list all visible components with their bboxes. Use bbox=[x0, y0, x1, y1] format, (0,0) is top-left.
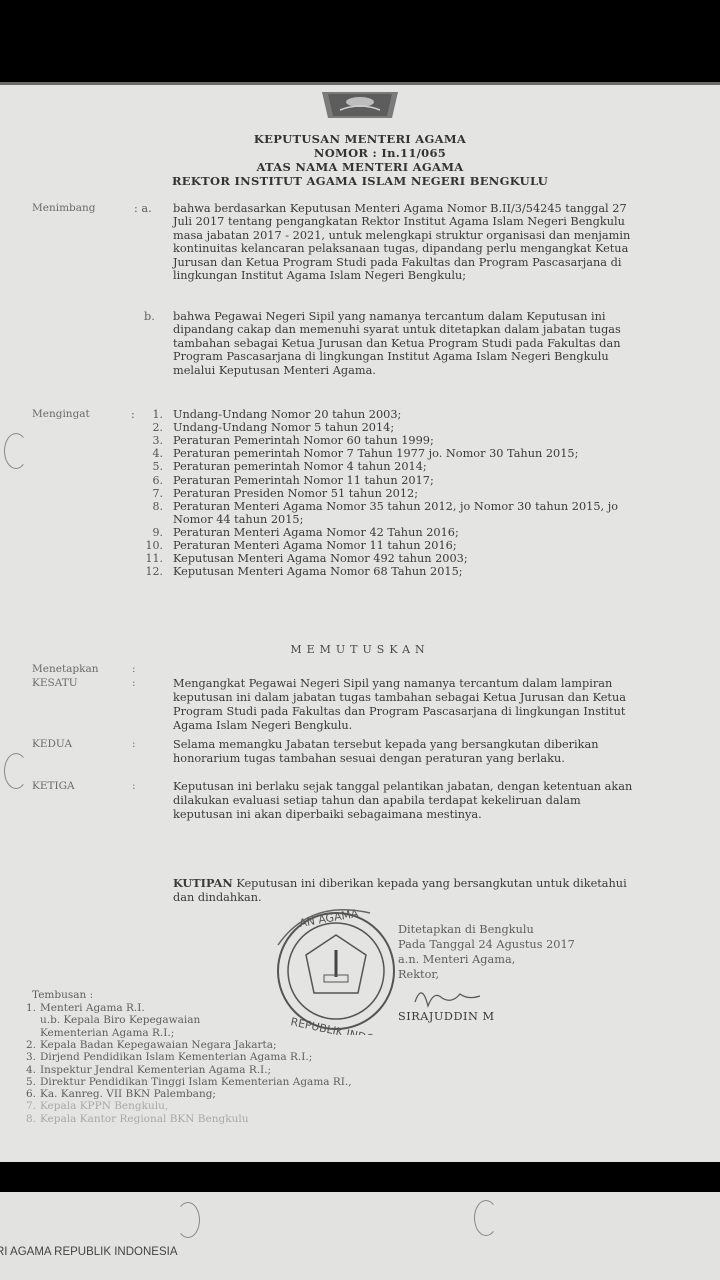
menimbang-line: Program Pascasarjana di lingkungan Insti… bbox=[173, 350, 609, 363]
tembusan-number: 6. bbox=[26, 1088, 36, 1101]
mengingat-number: 2. bbox=[141, 421, 163, 434]
diktum-label: KEDUA bbox=[32, 738, 72, 750]
mengingat-colon: : bbox=[131, 408, 135, 421]
mengingat-item: Nomor 44 tahun 2015; bbox=[173, 513, 303, 526]
tembusan-item: Kementerian Agama R.I.; bbox=[40, 1027, 174, 1040]
tembusan-item: Ka. Kanreg. VII BKN Palembang; bbox=[40, 1088, 216, 1101]
menimbang-line: Juli 2017 tentang pengangkatan Rektor In… bbox=[173, 215, 625, 228]
menimbang-line: bahwa Pegawai Negeri Sipil yang namanya … bbox=[173, 310, 606, 323]
kutipan-bold: KUTIPAN bbox=[173, 876, 233, 890]
tembusan-number: 1. bbox=[26, 1002, 36, 1015]
diktum-line: honorarium tugas tambahan sesuai dengan … bbox=[173, 752, 565, 765]
diktum-line: keputusan ini akan diperbaiki sebagaiman… bbox=[173, 808, 482, 821]
document-page[interactable]: KEPUTUSAN MENTERI AGAMA NOMOR : In.11/06… bbox=[0, 82, 720, 1162]
tembusan-item: Kepala Kantor Regional BKN Bengkulu bbox=[40, 1113, 248, 1126]
menimbang-marker-b: b. bbox=[144, 310, 155, 323]
diktum-line: dilakukan evaluasi setiap tahun dan apab… bbox=[173, 794, 581, 807]
menetapkan-colon: : bbox=[132, 663, 136, 675]
mengingat-number: 9. bbox=[141, 526, 163, 539]
tembusan-item: Dirjend Pendidikan Islam Kementerian Aga… bbox=[40, 1051, 312, 1064]
menimbang-line: bahwa berdasarkan Keputusan Menteri Agam… bbox=[173, 202, 627, 215]
mengingat-number: 5. bbox=[141, 460, 163, 473]
menimbang-line: kontinuitas kelancaran pelaksanaan tugas… bbox=[173, 242, 628, 255]
official-stamp-icon: AN AGAMA REPUBLIK INDONESIA bbox=[270, 905, 410, 1035]
diktum-line: Program Studi pada Fakultas dan Program … bbox=[173, 705, 625, 718]
tembusan-item: Kepala KPPN Bengkulu, bbox=[40, 1100, 168, 1113]
mengingat-number: 6. bbox=[141, 474, 163, 487]
mengingat-item: Peraturan Menteri Agama Nomor 11 tahun 2… bbox=[173, 539, 457, 552]
menetapkan-label: Menetapkan bbox=[32, 663, 99, 675]
mengingat-item: Peraturan Presiden Nomor 51 tahun 2012; bbox=[173, 487, 418, 500]
mengingat-item: Keputusan Menteri Agama Nomor 68 Tahun 2… bbox=[173, 565, 463, 578]
diktum-label: KESATU bbox=[32, 677, 78, 689]
mengingat-number: 1. bbox=[141, 408, 163, 421]
punch-hole-icon bbox=[4, 433, 28, 469]
signatory-name: SIRAJUDDIN M bbox=[398, 1010, 495, 1023]
mengingat-item: Peraturan pemerintah Nomor 7 Tahun 1977 … bbox=[173, 447, 578, 460]
svg-text:REPUBLIK INDONESIA: REPUBLIK INDONESIA bbox=[289, 1015, 408, 1035]
next-page-header-text: RI AGAMA REPUBLIK INDONESIA bbox=[0, 1246, 178, 1258]
diktum-label: KETIGA bbox=[32, 780, 75, 792]
mengingat-label: Mengingat bbox=[32, 408, 90, 420]
tembusan-number: 7. bbox=[26, 1100, 36, 1113]
kutipan-line-2: dan dindahkan. bbox=[173, 891, 262, 904]
garuda-emblem-icon bbox=[320, 90, 400, 120]
tembusan-number: 5. bbox=[26, 1076, 36, 1089]
tembusan-item: Inspektur Jendral Kementerian Agama R.I.… bbox=[40, 1064, 271, 1077]
mengingat-item: Peraturan pemerintah Nomor 4 tahun 2014; bbox=[173, 460, 427, 473]
mengingat-number: 7. bbox=[141, 487, 163, 500]
menimbang-label: Menimbang bbox=[32, 202, 96, 214]
mengingat-item: Peraturan Pemerintah Nomor 60 tahun 1999… bbox=[173, 434, 434, 447]
diktum-line: Agama Islam Negeri Bengkulu. bbox=[173, 719, 352, 732]
diktum-colon: : bbox=[132, 677, 136, 689]
tembusan-item: Kepala Badan Kepegawaian Negara Jakarta; bbox=[40, 1039, 277, 1052]
header-institution: REKTOR INSTITUT AGAMA ISLAM NEGERI BENGK… bbox=[0, 174, 720, 188]
tembusan-number: 4. bbox=[26, 1064, 36, 1077]
menimbang-line: melalui Keputusan Menteri Agama. bbox=[173, 364, 376, 377]
tembusan-number: 3. bbox=[26, 1051, 36, 1064]
diktum-colon: : bbox=[132, 738, 136, 750]
diktum-line: Selama memangku Jabatan tersebut kepada … bbox=[173, 738, 599, 751]
header-title: KEPUTUSAN MENTERI AGAMA bbox=[0, 132, 720, 146]
kutipan-line-1: KUTIPAN Keputusan ini diberikan kepada y… bbox=[173, 877, 627, 890]
diktum-line: Mengangkat Pegawai Negeri Sipil yang nam… bbox=[173, 677, 612, 690]
mengingat-number: 8. bbox=[141, 500, 163, 513]
tembusan-item: u.b. Kepala Biro Kepegawaian bbox=[40, 1014, 200, 1027]
tembusan-item: Menteri Agama R.I. bbox=[40, 1002, 145, 1015]
mengingat-item: Keputusan Menteri Agama Nomor 492 tahun … bbox=[173, 552, 468, 565]
mengingat-number: 10. bbox=[141, 539, 163, 552]
mengingat-item: Undang-Undang Nomor 20 tahun 2003; bbox=[173, 408, 401, 421]
signature-scribble-icon bbox=[410, 980, 500, 1010]
menimbang-line: masa jabatan 2017 - 2021, untuk melengka… bbox=[173, 229, 630, 242]
mengingat-number: 11. bbox=[141, 552, 163, 565]
punch-hole-icon bbox=[4, 753, 28, 789]
diktum-line: keputusan ini dalam jabatan tugas tambah… bbox=[173, 691, 626, 704]
signature-date: Pada Tanggal 24 Agustus 2017 bbox=[398, 938, 575, 951]
tembusan-label: Tembusan : bbox=[32, 989, 93, 1002]
punch-hole-icon bbox=[474, 1200, 498, 1236]
header-on-behalf: ATAS NAMA MENTERI AGAMA bbox=[0, 160, 720, 174]
menimbang-line: lingkungan Institut Agama Islam Negeri B… bbox=[173, 269, 466, 282]
mengingat-number: 12. bbox=[141, 565, 163, 578]
menimbang-line: tambahan sebagai Ketua Jurusan dan Ketua… bbox=[173, 337, 621, 350]
menimbang-marker-a: : a. bbox=[134, 202, 152, 215]
mengingat-item: Undang-Undang Nomor 5 tahun 2014; bbox=[173, 421, 394, 434]
diktum-line: Keputusan ini berlaku sejak tanggal pela… bbox=[173, 780, 632, 793]
top-black-bar bbox=[0, 0, 720, 82]
tembusan-item: Direktur Pendidikan Tinggi Islam Kemente… bbox=[40, 1076, 352, 1089]
page-separator-bar bbox=[0, 1162, 720, 1192]
menimbang-line: Jurusan dan Ketua Program Studi pada Fak… bbox=[173, 256, 621, 269]
mengingat-item: Peraturan Menteri Agama Nomor 35 tahun 2… bbox=[173, 500, 618, 513]
diktum-colon: : bbox=[132, 780, 136, 792]
tembusan-number: 8. bbox=[26, 1113, 36, 1126]
menimbang-line: dipandang cakap dan memenuhi syarat untu… bbox=[173, 323, 621, 336]
next-document-page[interactable]: RI AGAMA REPUBLIK INDONESIA bbox=[0, 1192, 720, 1280]
mengingat-number: 4. bbox=[141, 447, 163, 460]
tembusan-number: 2. bbox=[26, 1039, 36, 1052]
mengingat-item: Peraturan Pemerintah Nomor 11 tahun 2017… bbox=[173, 474, 434, 487]
signature-on-behalf: a.n. Menteri Agama, bbox=[398, 953, 515, 966]
kutipan-text: Keputusan ini diberikan kepada yang bers… bbox=[233, 877, 627, 890]
memutuskan-heading: MEMUTUSKAN bbox=[0, 643, 720, 656]
punch-hole-icon bbox=[176, 1202, 200, 1238]
mengingat-number: 3. bbox=[141, 434, 163, 447]
decree-number: NOMOR : In.11/065 bbox=[20, 146, 720, 160]
signature-place: Ditetapkan di Bengkulu bbox=[398, 923, 534, 936]
mengingat-item: Peraturan Menteri Agama Nomor 42 Tahun 2… bbox=[173, 526, 459, 539]
